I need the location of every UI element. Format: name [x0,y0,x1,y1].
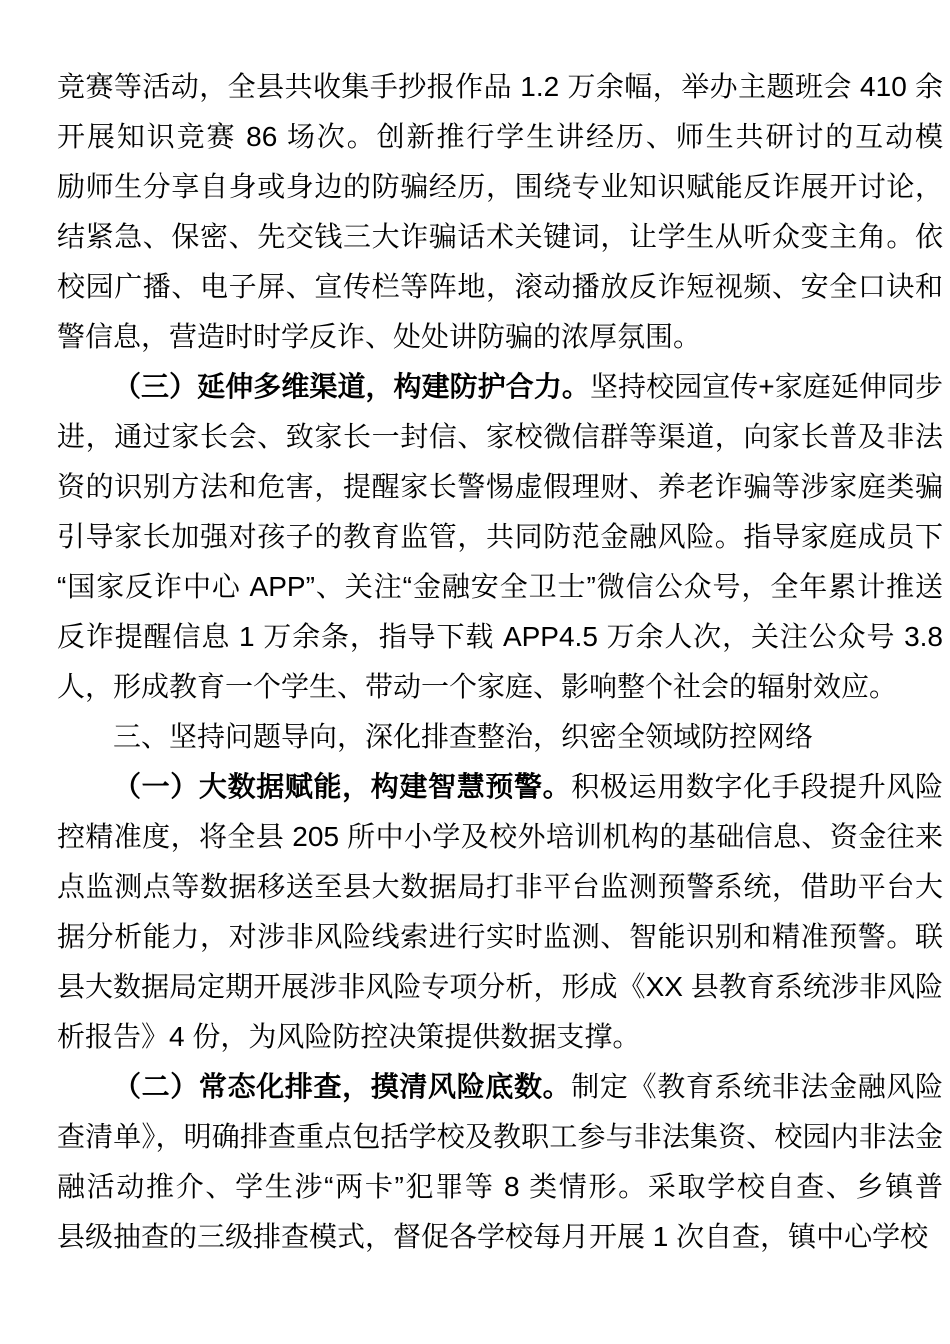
body-text-run: 资的识别方法和危害，提醒家长警惕虚假理财、养老诈骗等涉家庭类骗局， [57,471,943,512]
text-line: 校园广播、电子屏、宣传栏等阵地，滚动播放反诈短视频、安全口诀和预 [57,262,943,312]
text-line: 结紧急、保密、先交钱三大诈骗话术关键词，让学生从听众变主角。依托 [57,212,943,262]
paragraph: 三、坚持问题导向，深化排查整治，织密全领域防控网络 [57,712,943,762]
text-line: （三）延伸多维渠道，构建防护合力。坚持校园宣传+家庭延伸同步推 [57,362,943,412]
body-text-run: 反诈提醒信息 1 万余条，指导下载 APP4.5 万余人次，关注公众号 3.8 … [57,621,943,662]
text-line: 进，通过家长会、致家长一封信、家校微信群等渠道，向家长普及非法集 [57,412,943,462]
document-page: 竞赛等活动，全县共收集手抄报作品 1.2 万余幅，举办主题班会 410 余场，开… [57,62,943,1262]
paragraph: 竞赛等活动，全县共收集手抄报作品 1.2 万余幅，举办主题班会 410 余场，开… [57,62,943,362]
body-text-run: 引导家长加强对孩子的教育监管，共同防范金融风险。指导家庭成员下载 [57,521,943,562]
text-line: 县级抽查的三级排查模式，督促各学校每月开展 1 次自查，镇中心学校每 [57,1212,943,1262]
text-line: 人，形成教育一个学生、带动一个家庭、影响整个社会的辐射效应。 [57,662,943,712]
body-text-run: “国家反诈中心 APP”、关注“金融安全卫士”微信公众号，全年累计推送 [57,571,943,602]
text-line: 反诈提醒信息 1 万余条，指导下载 APP4.5 万余人次，关注公众号 3.8 … [57,612,943,662]
body-text-run: 校园广播、电子屏、宣传栏等阵地，滚动播放反诈短视频、安全口诀和预 [57,271,943,312]
text-line: 资的识别方法和危害，提醒家长警惕虚假理财、养老诈骗等涉家庭类骗局， [57,462,943,512]
body-text-run: 开展知识竞赛 86 场次。创新推行学生讲经历、师生共研讨的互动模式，鼓 [57,121,943,162]
text-line: 三、坚持问题导向，深化排查整治，织密全领域防控网络 [57,712,943,762]
body-text-run: 进，通过家长会、致家长一封信、家校微信群等渠道，向家长普及非法集 [57,421,943,462]
text-line: 融活动推介、学生涉“两卡”犯罪等 8 类情形。采取学校自查、乡镇普查、 [57,1162,943,1212]
text-line: 竞赛等活动，全县共收集手抄报作品 1.2 万余幅，举办主题班会 410 余场， [57,62,943,112]
body-text-run: 三、坚持问题导向，深化排查整治，织密全领域防控网络 [113,721,813,752]
text-line: 引导家长加强对孩子的教育监管，共同防范金融风险。指导家庭成员下载 [57,512,943,562]
paragraph: （一）大数据赋能，构建智慧预警。积极运用数字化手段提升风险防控精准度，将全县 2… [57,762,943,1062]
text-line: 析报告》4 份，为风险防控决策提供数据支撑。 [57,1012,943,1062]
text-line: 励师生分享自身或身边的防骗经历，围绕专业知识赋能反诈展开讨论，总 [57,162,943,212]
text-line: 据分析能力，对涉非风险线索进行实时监测、智能识别和精准预警。联合 [57,912,943,962]
body-text-run: 析报告》4 份，为风险防控决策提供数据支撑。 [57,1021,640,1052]
body-text-run: 县大数据局定期开展涉非风险专项分析，形成《XX 县教育系统涉非风险分 [57,971,943,1012]
text-line: “国家反诈中心 APP”、关注“金融安全卫士”微信公众号，全年累计推送 [57,562,943,612]
body-text-run: 警信息，营造时时学反诈、处处讲防骗的浓厚氛围。 [57,321,701,352]
bold-lead-text: （三）延伸多维渠道，构建防护合力。 [113,371,590,402]
body-text-run: 县级抽查的三级排查模式，督促各学校每月开展 1 次自查，镇中心学校每 [57,1221,928,1262]
body-text-run: 据分析能力，对涉非风险线索进行实时监测、智能识别和精准预警。联合 [57,921,943,962]
text-line: 开展知识竞赛 86 场次。创新推行学生讲经历、师生共研讨的互动模式，鼓 [57,112,943,162]
text-line: 县大数据局定期开展涉非风险专项分析，形成《XX 县教育系统涉非风险分 [57,962,943,1012]
body-text-run: 查清单》，明确排查重点包括学校及教职工参与非法集资、校园内非法金 [57,1121,943,1152]
bold-lead-text: （二）常态化排查，摸清风险底数。 [113,1071,571,1102]
text-line: 警信息，营造时时学反诈、处处讲防骗的浓厚氛围。 [57,312,943,362]
document-body: 竞赛等活动，全县共收集手抄报作品 1.2 万余幅，举办主题班会 410 余场，开… [57,62,943,1262]
paragraph: （二）常态化排查，摸清风险底数。制定《教育系统非法金融风险排查清单》，明确排查重… [57,1062,943,1262]
bold-lead-text: （一）大数据赋能，构建智慧预警。 [113,771,571,802]
text-line: 查清单》，明确排查重点包括学校及教职工参与非法集资、校园内非法金 [57,1112,943,1162]
body-text-run: 控精准度，将全县 205 所中小学及校外培训机构的基础信息、资金往来重 [57,821,943,862]
paragraph: （三）延伸多维渠道，构建防护合力。坚持校园宣传+家庭延伸同步推进，通过家长会、致… [57,362,943,712]
text-line: 点监测点等数据移送至县大数据局打非平台监测预警系统，借助平台大数 [57,862,943,912]
text-line: （二）常态化排查，摸清风险底数。制定《教育系统非法金融风险排 [57,1062,943,1112]
body-text-run: 竞赛等活动，全县共收集手抄报作品 1.2 万余幅，举办主题班会 410 余场， [57,71,943,112]
text-line: （一）大数据赋能，构建智慧预警。积极运用数字化手段提升风险防 [57,762,943,812]
body-text-run: 点监测点等数据移送至县大数据局打非平台监测预警系统，借助平台大数 [57,871,943,912]
body-text-run: 结紧急、保密、先交钱三大诈骗话术关键词，让学生从听众变主角。依托 [57,221,943,262]
body-text-run: 融活动推介、学生涉“两卡”犯罪等 8 类情形。采取学校自查、乡镇普查、 [57,1171,943,1212]
body-text-run: 励师生分享自身或身边的防骗经历，围绕专业知识赋能反诈展开讨论，总 [57,171,943,212]
body-text-run: 人，形成教育一个学生、带动一个家庭、影响整个社会的辐射效应。 [57,671,897,702]
text-line: 控精准度，将全县 205 所中小学及校外培训机构的基础信息、资金往来重 [57,812,943,862]
